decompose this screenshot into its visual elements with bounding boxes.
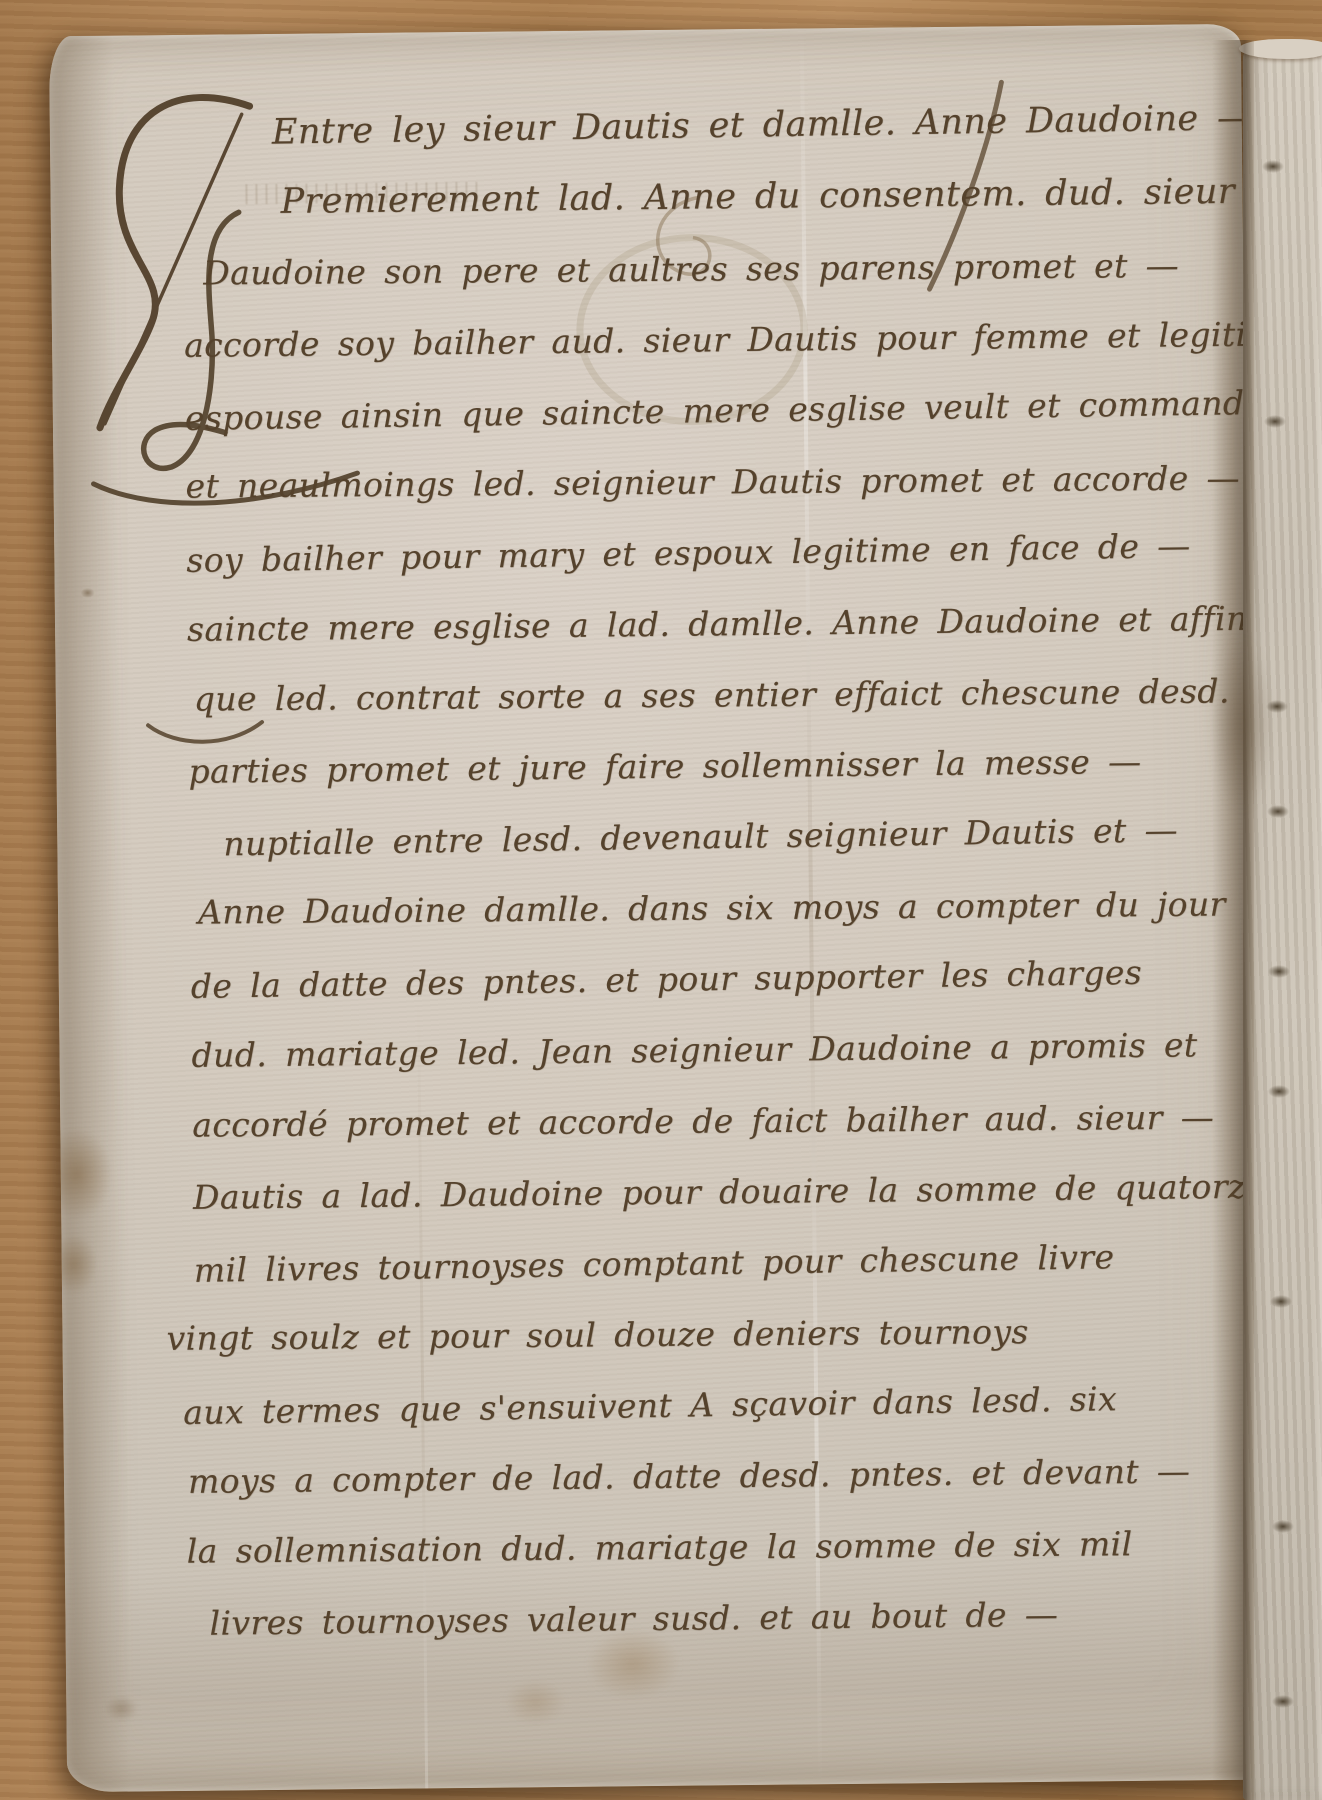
manuscript-line: espouse ainsin que saincte mere esglise …: [132, 368, 1173, 454]
manuscript-line: Anne Daudoine damlle. dans six moys a co…: [138, 869, 1179, 948]
binding-stitch: [1266, 700, 1288, 713]
manuscript-line: saincte mere esglise a lad. damlle. Anne…: [135, 584, 1176, 666]
manuscript-line: nuptialle entre lesd. devenault seignieu…: [137, 794, 1178, 880]
ink-stain: [49, 1234, 98, 1294]
manuscript-line: moys a compter de lad. datte desd. pntes…: [144, 1435, 1185, 1517]
manuscript-text-block: Entre ley sieur Dautis et damlle. Anne D…: [129, 87, 1185, 1660]
manuscript-line: Premierement lad. Anne du consentem. dud…: [130, 158, 1171, 240]
manuscript-line: parties promet et jure faire sollemnisse…: [136, 726, 1177, 808]
photograph-of-manuscript: { "manuscript": { "description_colors": …: [0, 0, 1322, 1800]
manuscript-line: Dautis a lad. Daudoine pour douaire la s…: [141, 1151, 1182, 1233]
ink-stain: [104, 1695, 138, 1721]
manuscript-line: accorde soy bailher aud. sieur Dautis po…: [132, 300, 1173, 382]
manuscript-line: soy bailher pour mary et espoux legitime…: [134, 510, 1175, 596]
binding-stitch: [1272, 1695, 1294, 1708]
binding-stitch: [1268, 965, 1290, 978]
binding-stitch: [1267, 805, 1289, 818]
second-page-edge: [1243, 48, 1322, 1800]
manuscript-line: livres tournoyses valeur susd. et au bou…: [145, 1577, 1186, 1659]
binding-stitch: [1272, 1520, 1294, 1533]
manuscript-line: vingt soulz et pour soul douze deniers t…: [142, 1295, 1183, 1374]
binding-stitch: [1268, 1085, 1290, 1098]
ink-stain: [49, 1128, 113, 1221]
manuscript-line: Daudoine son pere et aultres ses parens …: [131, 230, 1172, 309]
left-edge-shadow: [49, 36, 131, 1793]
manuscript-line: et neaulmoings led. seignieur Dautis pro…: [133, 443, 1174, 522]
binding-stitch: [1264, 415, 1286, 428]
manuscript-page: Entre ley sieur Dautis et damlle. Anne D…: [49, 24, 1259, 1792]
manuscript-line: Entre ley sieur Dautis et damlle. Anne D…: [129, 84, 1170, 170]
binding-stitch: [1270, 1295, 1292, 1308]
manuscript-line: mil livres tournoyses comptant pour ches…: [141, 1220, 1182, 1306]
manuscript-line: la sollemnisation dud. mariatge la somme…: [144, 1508, 1185, 1587]
manuscript-line: que led. contrat sorte a ses entier effa…: [136, 656, 1177, 735]
ink-speck: [81, 588, 95, 598]
manuscript-line: aux termes que s'ensuivent A sçavoir dan…: [143, 1362, 1184, 1448]
manuscript-line: dud. mariatge led. Jean seignieur Daudoi…: [139, 1010, 1180, 1092]
ink-stain: [504, 1679, 566, 1726]
binding-stitch: [1262, 160, 1284, 173]
manuscript-line: accordé promet et accorde de faict bailh…: [140, 1082, 1181, 1161]
manuscript-line: de la datte des pntes. et pour supporter…: [138, 936, 1179, 1022]
